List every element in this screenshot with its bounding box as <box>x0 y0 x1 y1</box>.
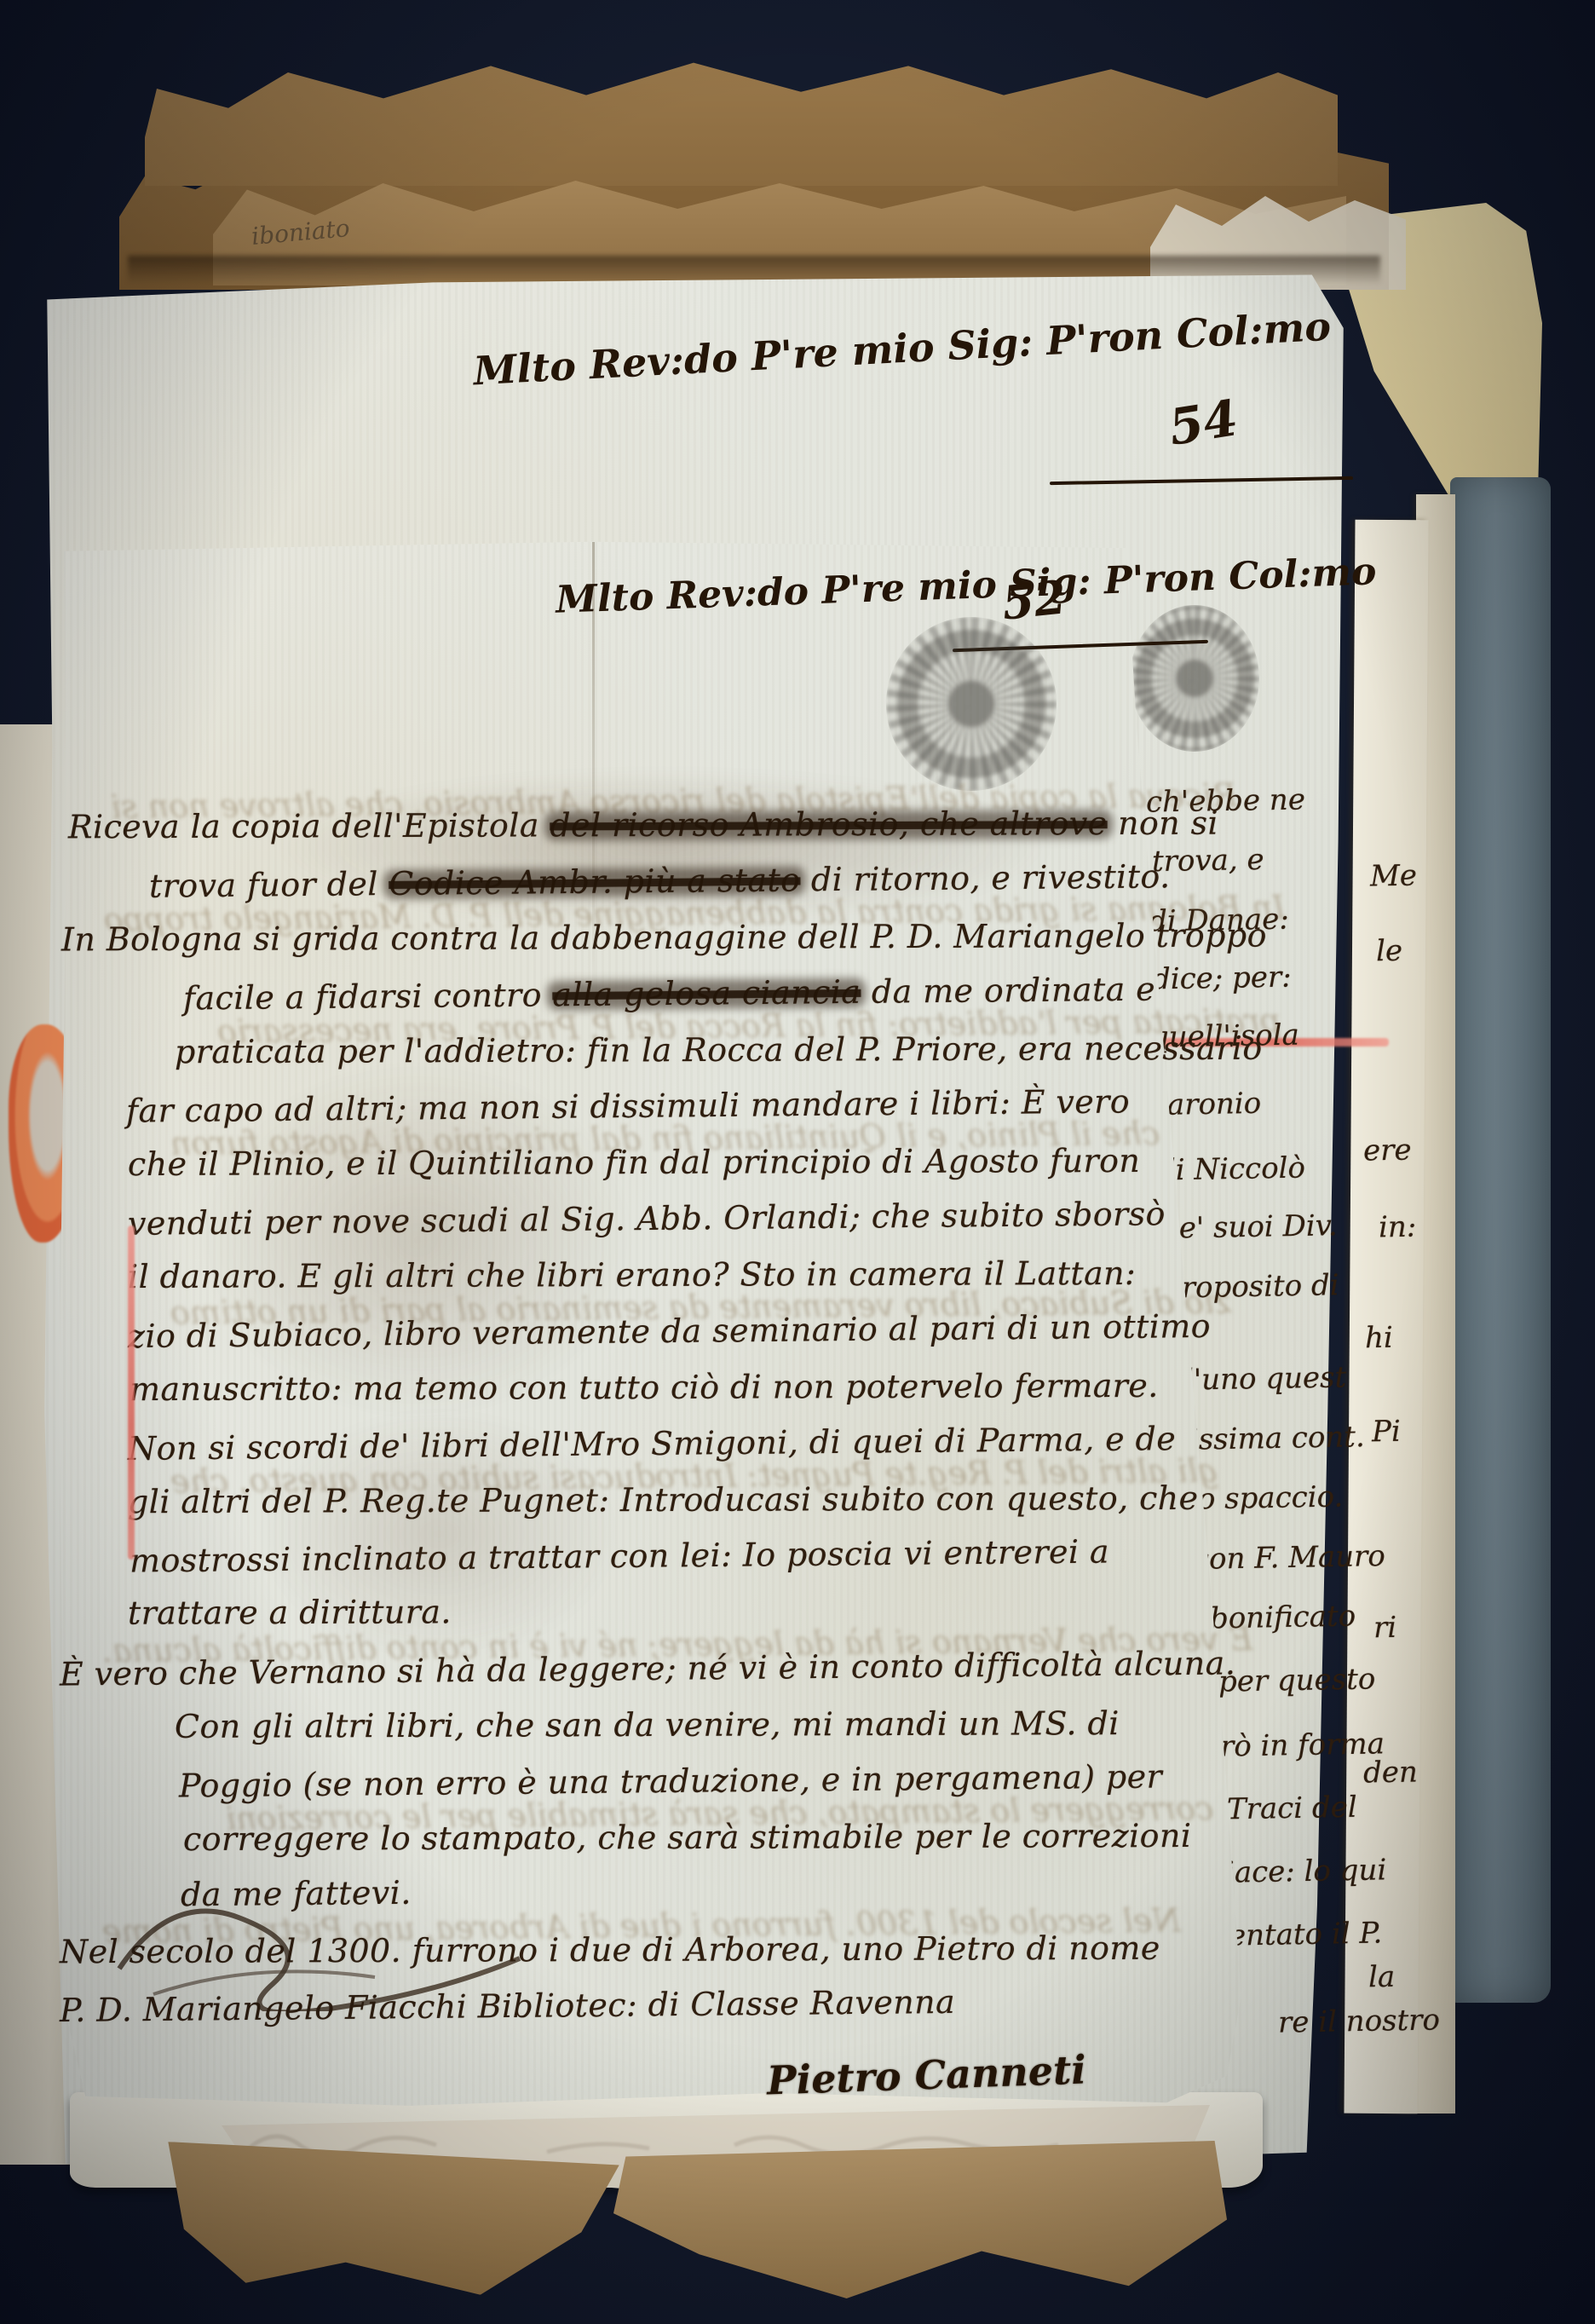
ink-text: che il Plinio, e il Quintiliano fin dal … <box>128 1142 1140 1183</box>
struck-text: Codice Ambr. più a stato <box>389 861 801 902</box>
ink-text: correggere lo stampato, che sarà stimabi… <box>183 1817 1191 1858</box>
manuscript-line: correggere lo stampato, che sarà stimabi… <box>183 1817 1191 1858</box>
ink-text: facile a fidarsi contro <box>183 976 553 1017</box>
edge-text-fragment: iace: lo qui <box>1225 1853 1387 1889</box>
edge-text-fragment: den <box>1363 1755 1418 1790</box>
edge-text-fragment: per questo <box>1218 1662 1376 1698</box>
ink-text: non si <box>1108 804 1219 842</box>
manuscript-line: che il Plinio, e il Quintiliano fin dal … <box>128 1142 1140 1183</box>
edge-text-fragment: re il nostro <box>1278 2003 1441 2039</box>
edge-text-fragment: Pi <box>1372 1415 1401 1450</box>
ink-text: il danaro. E gli altri che libri erano? … <box>128 1254 1136 1295</box>
ink-text: Riceva la copia dell'Epistola <box>68 806 550 845</box>
struck-text: alla gelosa ciancia <box>552 973 861 1013</box>
blue-cover-edge <box>1450 477 1551 2003</box>
manuscript-line: Riceva la copia dell'Epistola del ricors… <box>68 804 1218 846</box>
kraft-wrapper-top <box>145 24 1338 186</box>
folio-number-54: 54 <box>1165 389 1241 457</box>
manuscript-line: Con gli altri libri, che san da venire, … <box>175 1704 1120 1745</box>
edge-text-fragment: l'uno quest <box>1184 1360 1347 1397</box>
library-stamp-behind <box>1130 605 1259 752</box>
ink-text: gli altri del P. Reg.te Pugnet: Introduc… <box>128 1479 1199 1520</box>
ink-text: da me ordinata e <box>861 971 1155 1011</box>
edge-text-fragment: di Niccolò <box>1157 1150 1306 1187</box>
ink-text: manuscritto: ma temo con tutto ciò di no… <box>130 1367 1159 1408</box>
ink-text: Con gli altri libri, che san da venire, … <box>175 1704 1120 1745</box>
manuscript-line: In Bologna si grida contra la dabbenaggi… <box>61 917 1267 959</box>
edge-text-fragment: con F. Mauro <box>1193 1539 1386 1577</box>
edge-text-fragment: ri <box>1373 1611 1397 1645</box>
ink-text: trova fuor del <box>149 865 389 905</box>
ink-text: trattare a dirittura. <box>128 1593 452 1631</box>
manuscript-line: il danaro. E gli altri che libri erano? … <box>128 1254 1136 1295</box>
manuscript-line: praticata per l'addietro: fin la Rocca d… <box>175 1029 1263 1070</box>
archival-photo-scene: iboniato Mlto Rev:do P're mio Sig: P'ron… <box>0 0 1595 2324</box>
ink-text: In Bologna si grida contra la dabbenaggi… <box>61 917 1267 959</box>
library-stamp-front <box>886 617 1057 791</box>
edge-text-fragment: in: <box>1379 1210 1417 1245</box>
edge-text-fragment: Me <box>1370 859 1418 894</box>
edge-text-fragment: de' suoi Div. <box>1160 1208 1338 1246</box>
folio-number-52: 52 <box>999 569 1068 631</box>
pen-flourish <box>102 1866 579 2011</box>
kraft-scrap-bottom-right <box>613 2141 1227 2298</box>
edge-text-fragment: le <box>1376 934 1403 969</box>
edge-text-fragment: Traci del <box>1227 1791 1357 1827</box>
ink-text: praticata per l'addietro: fin la Rocca d… <box>175 1029 1263 1070</box>
manuscript-line: trattare a dirittura. <box>128 1593 452 1631</box>
edge-text-fragment: ere <box>1363 1133 1412 1168</box>
edge-text-fragment: hi <box>1365 1321 1393 1356</box>
manuscript-line: gli altri del P. Reg.te Pugnet: Introduc… <box>128 1479 1199 1520</box>
edge-text-fragment: rò in forma <box>1220 1727 1385 1763</box>
red-chalk-margin-line <box>128 1225 135 1560</box>
edge-text-fragment: entato il P. <box>1229 1916 1383 1952</box>
ink-text: di ritorno, e rivestito. <box>800 857 1171 898</box>
struck-text: del ricorso Ambrosio, che altrove <box>550 804 1107 844</box>
manuscript-line: manuscritto: ma temo con tutto ciò di no… <box>130 1367 1159 1408</box>
edge-text-fragment: dice; per: <box>1152 960 1292 997</box>
edge-text-fragment: la <box>1368 1960 1396 1995</box>
kraft-scrap-bottom-left <box>164 2142 619 2298</box>
